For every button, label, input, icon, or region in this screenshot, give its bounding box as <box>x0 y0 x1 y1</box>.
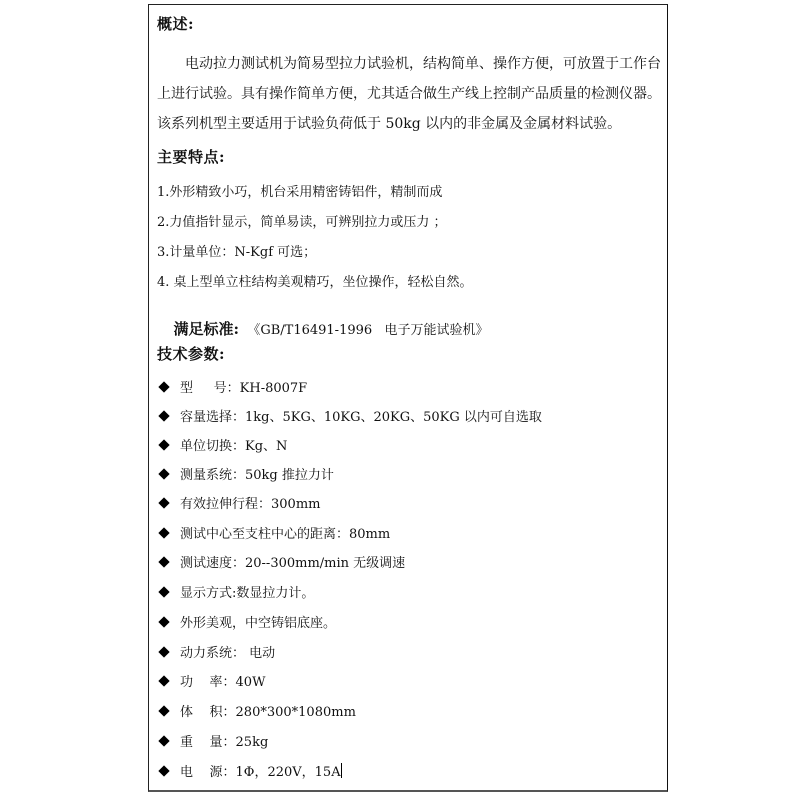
spec-item: 容量选择：1kg、5KG、10KG、20KG、50KG 以内可自选取 <box>157 406 542 425</box>
overview-heading: 概述: <box>157 13 194 34</box>
feature-item: 2.力值指针显示，简单易读，可辨别拉力或压力 ； <box>157 211 447 230</box>
spec-item: 测试速度：20--300mm/min 无级调速 <box>157 552 405 571</box>
diamond-bullet-icon <box>158 675 169 686</box>
text-cursor <box>341 763 342 778</box>
diamond-bullet-icon <box>158 410 169 421</box>
diamond-bullet-icon <box>158 468 169 479</box>
standard-label: 满足标准: <box>174 320 240 338</box>
spec-item: 测试中心至支柱中心的距离：80mm <box>157 523 390 542</box>
diamond-bullet-icon <box>158 735 169 746</box>
feature-item: 4. 桌上型单立柱结构美观精巧，坐位操作，轻松自然。 <box>157 271 473 290</box>
features-heading: 主要特点: <box>157 146 225 167</box>
spec-item: 功 率：40W <box>157 671 265 690</box>
specs-heading: 技术参数: <box>157 343 225 364</box>
spec-item: 单位切换：Kg、N <box>157 435 287 454</box>
spec-item: 外形美观，中空铸铝底座。 <box>157 612 336 631</box>
spec-item: 重 量：25kg <box>157 731 268 750</box>
diamond-bullet-icon <box>158 439 169 450</box>
diamond-bullet-icon <box>158 765 169 776</box>
spec-item: 电 源：1Φ，220V，15A <box>157 761 342 780</box>
diamond-bullet-icon <box>158 527 169 538</box>
standard-value: 《GB/T16491-1996 电子万能试验机》 <box>239 323 488 338</box>
diamond-bullet-icon <box>158 497 169 508</box>
spec-item: 型 号：KH-8007F <box>157 377 307 396</box>
diamond-bullet-icon <box>158 586 169 597</box>
diamond-bullet-icon <box>158 381 169 392</box>
diamond-bullet-icon <box>158 616 169 627</box>
diamond-bullet-icon <box>158 705 169 716</box>
overview-paragraph: 电动拉力测试机为简易型拉力试验机，结构简单、操作方便，可放置于工作台上进行试验。… <box>157 49 662 139</box>
spec-item: 动力系统： 电动 <box>157 642 275 661</box>
spec-item: 有效拉伸行程：300mm <box>157 493 320 512</box>
spec-item: 体 积：280*300*1080mm <box>157 701 356 720</box>
spec-item: 显示方式:数显拉力计。 <box>157 582 314 601</box>
feature-item: 3.计量单位：N-Kgf 可选； <box>157 241 316 260</box>
document-page[interactable]: 概述: 电动拉力测试机为简易型拉力试验机，结构简单、操作方便，可放置于工作台上进… <box>148 4 668 792</box>
feature-item: 1.外形精致小巧，机台采用精密铸铝件，精制而成 <box>157 181 442 200</box>
diamond-bullet-icon <box>158 556 169 567</box>
spec-item: 测量系统：50kg 推拉力计 <box>157 464 334 483</box>
diamond-bullet-icon <box>158 646 169 657</box>
